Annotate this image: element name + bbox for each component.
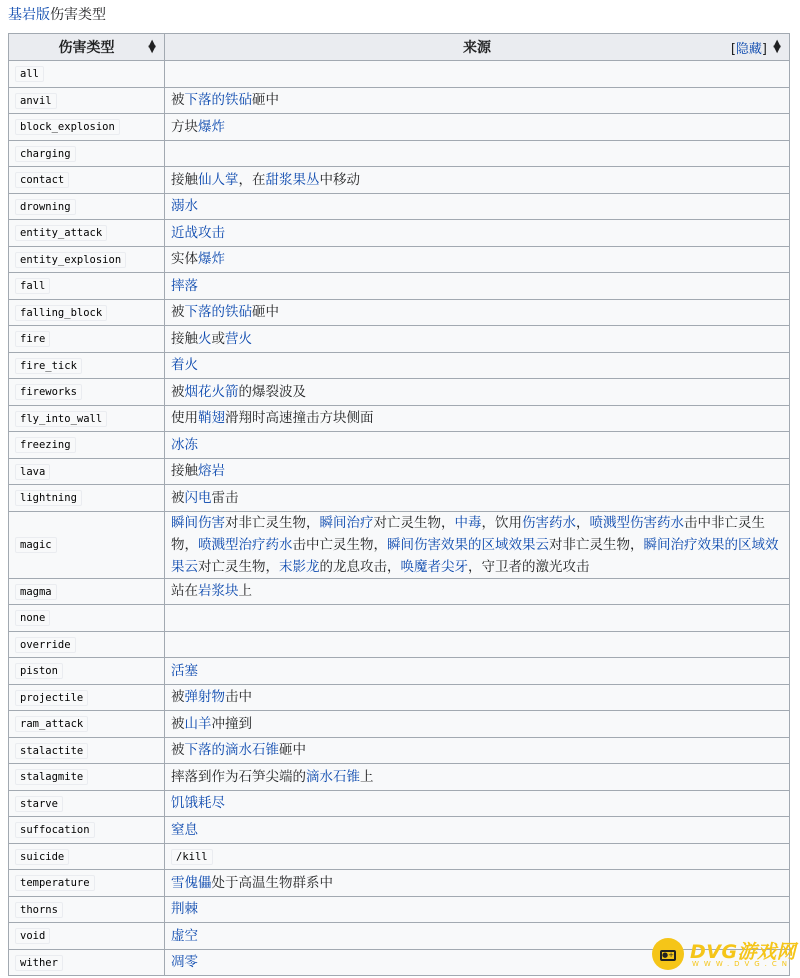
source-link[interactable]: 摔落 [171, 278, 198, 294]
source-cell: 接触仙人掌，在甜浆果丛中移动 [165, 167, 790, 194]
damage-type-cell: magic [9, 511, 165, 578]
damage-type-cell: void [9, 923, 165, 950]
header-row: 伤害类型 ▲▼ 来源 [隐藏] ▲▼ [9, 34, 790, 61]
source-link[interactable]: 唤魔者尖牙 [401, 559, 469, 575]
source-cell: 方块爆炸 [165, 114, 790, 141]
damage-type-cell: lava [9, 458, 165, 485]
table-row: charging [9, 140, 790, 167]
source-text: 中移动 [320, 172, 361, 188]
source-text: 接触 [171, 172, 198, 188]
source-text: 被 [171, 716, 185, 732]
damage-type-cell: starve [9, 790, 165, 817]
gamepad-icon: ●+ [652, 938, 684, 970]
source-cell: 被弹射物击中 [165, 684, 790, 711]
damage-type-cell: stalagmite [9, 764, 165, 791]
source-text: 的爆裂波及 [239, 384, 307, 400]
damage-type-cell: lightning [9, 485, 165, 512]
source-text: 冲撞到 [212, 716, 253, 732]
source-link[interactable]: 雪傀儡 [171, 875, 212, 891]
source-text: 上 [360, 769, 374, 785]
damage-type-id: ram_attack [15, 716, 88, 732]
source-text: ，饮用 [482, 515, 523, 531]
watermark-url: WWW.DVG.CN [692, 960, 792, 968]
damage-type-cell: fireworks [9, 379, 165, 406]
source-cell: 站在岩浆块上 [165, 578, 790, 605]
source-cell [165, 605, 790, 632]
table-row: block_explosion方块爆炸 [9, 114, 790, 141]
source-link[interactable]: 弹射物 [185, 689, 226, 705]
source-link[interactable]: 火 [198, 331, 212, 347]
source-text: 站在 [171, 583, 198, 599]
column-header-source[interactable]: 来源 [隐藏] ▲▼ [165, 34, 790, 61]
table-row: contact接触仙人掌，在甜浆果丛中移动 [9, 167, 790, 194]
source-cell: 瞬间伤害对非亡灵生物，瞬间治疗对亡灵生物，中毒，饮用伤害药水，喷溅型伤害药水击中… [165, 511, 790, 578]
table-row: freezing冰冻 [9, 432, 790, 459]
source-text: 被 [171, 304, 185, 320]
damage-type-cell: entity_attack [9, 220, 165, 247]
watermark-logo: ●+ DVG游戏网 WWW.DVG.CN [652, 936, 797, 972]
source-link[interactable]: 溺水 [171, 198, 198, 214]
source-link[interactable]: 岩浆块 [198, 583, 239, 599]
source-text: 或 [212, 331, 226, 347]
source-text: ，守卫者的激光攻击 [468, 559, 590, 575]
damage-type-cell: fall [9, 273, 165, 300]
source-link[interactable]: 凋零 [171, 954, 198, 970]
damage-type-cell: projectile [9, 684, 165, 711]
source-cell: 饥饿耗尽 [165, 790, 790, 817]
source-link[interactable]: 滴水石锥 [306, 769, 360, 785]
sort-icon[interactable]: ▲▼ [773, 41, 781, 53]
table-row: all [9, 61, 790, 88]
source-link[interactable]: 窒息 [171, 822, 198, 838]
source-cell: 窒息 [165, 817, 790, 844]
table-caption: 基岩版伤害类型 [8, 5, 106, 25]
source-link[interactable]: 山羊 [185, 716, 212, 732]
damage-type-id: fly_into_wall [15, 411, 107, 427]
damage-type-cell: override [9, 631, 165, 658]
table-row: starve饥饿耗尽 [9, 790, 790, 817]
source-cell [165, 631, 790, 658]
source-text: ，在 [239, 172, 266, 188]
table-row: piston活塞 [9, 658, 790, 685]
damage-type-id: block_explosion [15, 119, 120, 135]
source-text: 被 [171, 490, 185, 506]
table-row: anvil被下落的铁砧砸中 [9, 87, 790, 114]
caption-link-bedrock[interactable]: 基岩版 [8, 7, 50, 23]
table-row: none [9, 605, 790, 632]
damage-type-id: temperature [15, 875, 95, 891]
damage-type-id: all [15, 66, 44, 82]
damage-type-id: none [15, 610, 50, 626]
source-link[interactable]: 下落的铁砧 [185, 92, 253, 108]
damage-type-cell: falling_block [9, 299, 165, 326]
source-text: 使用 [171, 410, 198, 426]
table-row: fire_tick着火 [9, 352, 790, 379]
source-link[interactable]: 闪电 [185, 490, 212, 506]
damage-type-id: thorns [15, 902, 63, 918]
source-cell: 使用鞘翅滑翔时高速撞击方块侧面 [165, 405, 790, 432]
source-link[interactable]: 荆棘 [171, 901, 198, 917]
source-link[interactable]: 瞬间伤害 [171, 515, 225, 531]
table-row: entity_attack近战攻击 [9, 220, 790, 247]
source-link[interactable]: 虚空 [171, 928, 198, 944]
source-link[interactable]: 爆炸 [198, 251, 225, 267]
source-text: 砸中 [252, 92, 279, 108]
damage-type-cell: ram_attack [9, 711, 165, 738]
source-link[interactable]: 冰冻 [171, 437, 198, 453]
source-link[interactable]: 下落的铁砧 [185, 304, 253, 320]
source-text: 被 [171, 689, 185, 705]
source-cell: 被下落的滴水石锥砸中 [165, 737, 790, 764]
source-text: 的龙息攻击， [320, 559, 401, 575]
source-cell: 摔落到作为石笋尖端的滴水石锥上 [165, 764, 790, 791]
source-text: 被 [171, 742, 185, 758]
source-link[interactable]: 伤害药水 [522, 515, 576, 531]
hide-toggle: [隐藏] [731, 38, 767, 57]
hide-link[interactable]: 隐藏 [736, 42, 762, 57]
caption-text: 伤害类型 [50, 7, 106, 23]
damage-type-id: charging [15, 146, 76, 162]
column-header-label: 来源 [463, 40, 491, 56]
damage-type-cell: drowning [9, 193, 165, 220]
damage-type-id: fire_tick [15, 358, 82, 374]
damage-type-id: void [15, 928, 50, 944]
table-row: suicide/kill [9, 843, 790, 870]
command-code: /kill [171, 849, 213, 865]
source-cell: 荆棘 [165, 896, 790, 923]
source-text: 被 [171, 384, 185, 400]
source-link[interactable]: 末影龙 [279, 559, 320, 575]
source-link[interactable]: 瞬间伤害效果的区域效果云 [387, 537, 549, 553]
source-link[interactable]: 鞘翅 [198, 410, 225, 426]
damage-type-cell: wither [9, 949, 165, 976]
table-row: falling_block被下落的铁砧砸中 [9, 299, 790, 326]
table-row: temperature雪傀儡处于高温生物群系中 [9, 870, 790, 897]
source-cell: 被烟花火箭的爆裂波及 [165, 379, 790, 406]
source-link[interactable]: 喷溅型治疗药水 [198, 537, 293, 553]
source-cell [165, 61, 790, 88]
source-text: 对非亡灵生物， [225, 515, 320, 531]
damage-type-id: suffocation [15, 822, 95, 838]
source-text: 摔落到作为石笋尖端的 [171, 769, 306, 785]
damage-type-id: fire [15, 331, 50, 347]
source-text: 击中亡灵生物， [293, 537, 388, 553]
table-row: override [9, 631, 790, 658]
source-link[interactable]: 瞬间治疗 [320, 515, 374, 531]
source-text: 方块 [171, 119, 198, 135]
damage-type-id: wither [15, 955, 63, 971]
source-cell: 接触熔岩 [165, 458, 790, 485]
damage-type-id: drowning [15, 199, 76, 215]
table-row: lightning被闪电雷击 [9, 485, 790, 512]
source-cell: 摔落 [165, 273, 790, 300]
table-row: fireworks被烟花火箭的爆裂波及 [9, 379, 790, 406]
source-cell: 近战攻击 [165, 220, 790, 247]
damage-type-cell: fire_tick [9, 352, 165, 379]
source-link[interactable]: 下落的滴水石锥 [185, 742, 280, 758]
source-link[interactable]: 着火 [171, 357, 198, 373]
source-link[interactable]: 甜浆果丛 [266, 172, 320, 188]
damage-type-id: suicide [15, 849, 69, 865]
source-link[interactable]: 营火 [225, 331, 252, 347]
source-cell: 被下落的铁砧砸中 [165, 87, 790, 114]
source-cell: /kill [165, 843, 790, 870]
damage-type-cell: piston [9, 658, 165, 685]
table-row: lava接触熔岩 [9, 458, 790, 485]
table-row: ram_attack被山羊冲撞到 [9, 711, 790, 738]
damage-type-id: stalagmite [15, 769, 88, 785]
table-row: fly_into_wall使用鞘翅滑翔时高速撞击方块侧面 [9, 405, 790, 432]
source-text: ， [576, 515, 590, 531]
table-row: magic瞬间伤害对非亡灵生物，瞬间治疗对亡灵生物，中毒，饮用伤害药水，喷溅型伤… [9, 511, 790, 578]
source-text: 击中 [225, 689, 252, 705]
damage-type-id: lava [15, 464, 50, 480]
table-row: stalactite被下落的滴水石锥砸中 [9, 737, 790, 764]
source-cell [165, 140, 790, 167]
damage-type-id: freezing [15, 437, 76, 453]
source-text: 对亡灵生物， [374, 515, 455, 531]
damage-type-id: lightning [15, 490, 82, 506]
source-link[interactable]: 近战攻击 [171, 225, 225, 241]
damage-type-id: piston [15, 663, 63, 679]
damage-type-id: anvil [15, 93, 57, 109]
damage-type-id: fall [15, 278, 50, 294]
source-text: 对非亡灵生物， [549, 537, 644, 553]
source-link[interactable]: 中毒 [455, 515, 482, 531]
bracket: ] [762, 42, 767, 57]
damage-type-cell: block_explosion [9, 114, 165, 141]
source-text: 接触 [171, 463, 198, 479]
damage-type-id: magic [15, 537, 57, 553]
source-link[interactable]: 爆炸 [198, 119, 225, 135]
damage-type-cell: freezing [9, 432, 165, 459]
source-text: 砸中 [279, 742, 306, 758]
source-text: 上 [239, 583, 253, 599]
source-link[interactable]: 仙人掌 [198, 172, 239, 188]
damage-type-cell: none [9, 605, 165, 632]
source-cell: 接触火或营火 [165, 326, 790, 353]
damage-type-id: fireworks [15, 384, 82, 400]
source-cell: 被山羊冲撞到 [165, 711, 790, 738]
source-cell: 被下落的铁砧砸中 [165, 299, 790, 326]
damage-type-cell: suicide [9, 843, 165, 870]
source-text: 被 [171, 92, 185, 108]
damage-type-cell: suffocation [9, 817, 165, 844]
damage-type-id: projectile [15, 690, 88, 706]
damage-type-cell: thorns [9, 896, 165, 923]
source-link[interactable]: 烟花火箭 [185, 384, 239, 400]
table-row: magma站在岩浆块上 [9, 578, 790, 605]
damage-type-table: 伤害类型 ▲▼ 来源 [隐藏] ▲▼ allanvil被下落的铁砧砸中block… [8, 33, 790, 976]
table-row: suffocation窒息 [9, 817, 790, 844]
source-cell: 冰冻 [165, 432, 790, 459]
damage-type-cell: anvil [9, 87, 165, 114]
damage-type-cell: contact [9, 167, 165, 194]
source-cell: 雪傀儡处于高温生物群系中 [165, 870, 790, 897]
column-header-label: 伤害类型 [59, 40, 115, 56]
damage-type-id: contact [15, 172, 69, 188]
source-text: 雷击 [212, 490, 239, 506]
table-row: thorns荆棘 [9, 896, 790, 923]
damage-type-cell: magma [9, 578, 165, 605]
damage-type-id: entity_attack [15, 225, 107, 241]
source-text: 对亡灵生物， [198, 559, 279, 575]
source-link[interactable]: 活塞 [171, 663, 198, 679]
table-row: fall摔落 [9, 273, 790, 300]
table-row: entity_explosion实体爆炸 [9, 246, 790, 273]
source-text: 砸中 [252, 304, 279, 320]
damage-type-cell: entity_explosion [9, 246, 165, 273]
table-row: stalagmite摔落到作为石笋尖端的滴水石锥上 [9, 764, 790, 791]
damage-type-id: override [15, 637, 76, 653]
source-text: 处于高温生物群系中 [212, 875, 334, 891]
source-cell: 着火 [165, 352, 790, 379]
source-cell: 溺水 [165, 193, 790, 220]
damage-type-id: falling_block [15, 305, 107, 321]
damage-type-id: stalactite [15, 743, 88, 759]
source-text: 滑翔时高速撞击方块侧面 [225, 410, 374, 426]
damage-type-cell: fly_into_wall [9, 405, 165, 432]
damage-type-id: entity_explosion [15, 252, 126, 268]
table-row: projectile被弹射物击中 [9, 684, 790, 711]
damage-type-cell: all [9, 61, 165, 88]
damage-type-id: magma [15, 584, 57, 600]
source-text: 实体 [171, 251, 198, 267]
sort-icon[interactable]: ▲▼ [148, 41, 156, 53]
source-text: 接触 [171, 331, 198, 347]
source-cell: 被闪电雷击 [165, 485, 790, 512]
damage-type-cell: fire [9, 326, 165, 353]
source-link[interactable]: 喷溅型伤害药水 [590, 515, 685, 531]
source-link[interactable]: 熔岩 [198, 463, 225, 479]
table-row: fire接触火或营火 [9, 326, 790, 353]
damage-type-id: starve [15, 796, 63, 812]
column-header-damage-type[interactable]: 伤害类型 ▲▼ [9, 34, 165, 61]
damage-type-cell: stalactite [9, 737, 165, 764]
source-cell: 活塞 [165, 658, 790, 685]
table-row: drowning溺水 [9, 193, 790, 220]
source-cell: 实体爆炸 [165, 246, 790, 273]
source-link[interactable]: 饥饿耗尽 [171, 795, 225, 811]
damage-type-cell: charging [9, 140, 165, 167]
damage-type-cell: temperature [9, 870, 165, 897]
